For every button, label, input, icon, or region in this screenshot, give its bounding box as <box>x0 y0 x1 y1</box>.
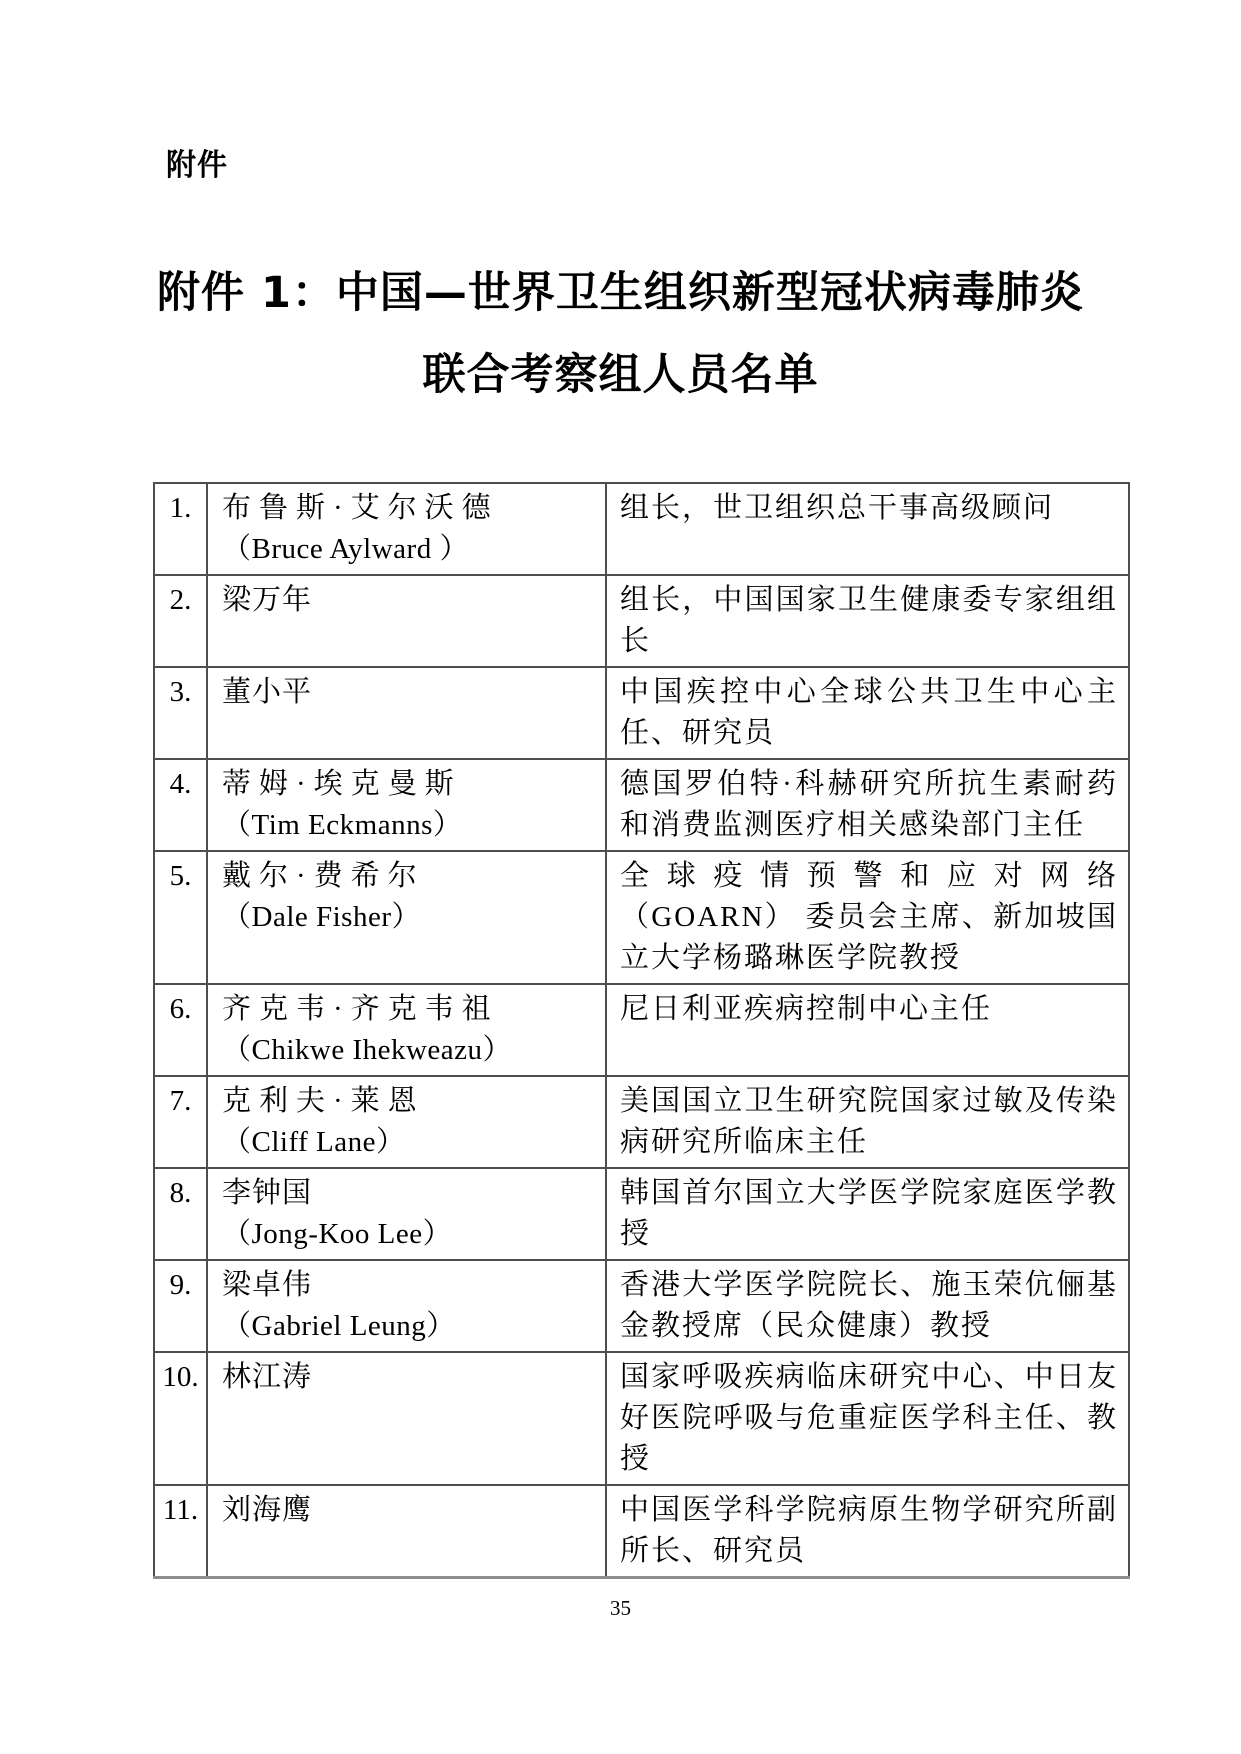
member-name-chinese: 齐克韦·齐克韦祖 <box>222 989 597 1030</box>
document-page: 附件 附件 1：中国—世界卫生组织新型冠状病毒肺炎 联合考察组人员名单 1. 布… <box>0 0 1241 1754</box>
attachment-label: 附件 <box>166 146 228 186</box>
member-name-chinese: 董小平 <box>222 672 597 713</box>
row-number: 1. <box>170 492 192 524</box>
member-role-text: 全球疫情预警和应对网络（GOARN） 委员会主席、新加坡国立大学杨璐琳医学院教授 <box>620 860 1118 974</box>
member-name-cell: 李钟国 （Jong-Koo Lee） <box>207 1168 606 1260</box>
member-name-chinese: 蒂姆·埃克曼斯 <box>222 764 597 805</box>
row-number: 5. <box>170 860 192 892</box>
member-role-text: 德国罗伯特·科赫研究所抗生素耐药和消费监测医疗相关感染部门主任 <box>620 768 1118 841</box>
row-number-cell: 6. <box>154 984 207 1076</box>
row-number-cell: 3. <box>154 667 207 759</box>
member-name-chinese: 梁万年 <box>222 580 597 621</box>
member-role-cell: 香港大学医学院院长、施玉荣伉俪基金教授席（民众健康）教授 <box>606 1260 1129 1352</box>
table-row: 10. 林江涛 国家呼吸疾病临床研究中心、中日友好医院呼吸与危重症医学科主任、教… <box>154 1352 1129 1485</box>
member-role-text: 组长，中国国家卫生健康委专家组组长 <box>620 584 1118 657</box>
member-name-chinese: 戴尔·费希尔 <box>222 856 597 897</box>
row-number: 3. <box>170 676 192 708</box>
row-number-cell: 9. <box>154 1260 207 1352</box>
row-number: 8. <box>170 1177 192 1209</box>
member-name-english: （Bruce Aylward ） <box>222 529 597 570</box>
table-row: 5. 戴尔·费希尔 （Dale Fisher） 全球疫情预警和应对网络（GOAR… <box>154 851 1129 984</box>
table-row: 4. 蒂姆·埃克曼斯 （Tim Eckmanns） 德国罗伯特·科赫研究所抗生素… <box>154 759 1129 851</box>
row-number-cell: 1. <box>154 483 207 575</box>
member-name-cell: 刘海鹰 <box>207 1485 606 1578</box>
row-number: 9. <box>170 1269 192 1301</box>
member-name-chinese: 布鲁斯·艾尔沃德 <box>222 488 597 529</box>
member-name-cell: 林江涛 <box>207 1352 606 1485</box>
member-role-text: 尼日利亚疾病控制中心主任 <box>620 993 992 1025</box>
member-name-cell: 蒂姆·埃克曼斯 （Tim Eckmanns） <box>207 759 606 851</box>
row-number-cell: 10. <box>154 1352 207 1485</box>
table-row: 7. 克利夫·莱恩 （Cliff Lane） 美国国立卫生研究院国家过敏及传染病… <box>154 1076 1129 1168</box>
document-title-line2: 联合考察组人员名单 <box>423 350 819 400</box>
member-role-cell: 中国医学科学院病原生物学研究所副所长、研究员 <box>606 1485 1129 1578</box>
member-role-cell: 韩国首尔国立大学医学院家庭医学教授 <box>606 1168 1129 1260</box>
row-number-cell: 11. <box>154 1485 207 1578</box>
member-role-text: 国家呼吸疾病临床研究中心、中日友好医院呼吸与危重症医学科主任、教授 <box>620 1361 1118 1475</box>
member-role-cell: 全球疫情预警和应对网络（GOARN） 委员会主席、新加坡国立大学杨璐琳医学院教授 <box>606 851 1129 984</box>
member-name-cell: 梁卓伟 （Gabriel Leung） <box>207 1260 606 1352</box>
table-row: 3. 董小平 中国疾控中心全球公共卫生中心主任、研究员 <box>154 667 1129 759</box>
table-row: 1. 布鲁斯·艾尔沃德 （Bruce Aylward ） 组长，世卫组织总干事高… <box>154 483 1129 575</box>
row-number-cell: 2. <box>154 575 207 667</box>
member-name-english: （Gabriel Leung） <box>222 1306 597 1347</box>
member-role-cell: 尼日利亚疾病控制中心主任 <box>606 984 1129 1076</box>
member-name-chinese: 李钟国 <box>222 1173 597 1214</box>
members-table-body: 1. 布鲁斯·艾尔沃德 （Bruce Aylward ） 组长，世卫组织总干事高… <box>154 483 1129 1578</box>
table-row: 2. 梁万年 组长，中国国家卫生健康委专家组组长 <box>154 575 1129 667</box>
member-role-cell: 组长，世卫组织总干事高级顾问 <box>606 483 1129 575</box>
row-number: 2. <box>170 584 192 616</box>
table-row: 11. 刘海鹰 中国医学科学院病原生物学研究所副所长、研究员 <box>154 1485 1129 1578</box>
row-number: 11. <box>163 1494 198 1526</box>
member-name-english: （Jong-Koo Lee） <box>222 1214 597 1255</box>
member-role-text: 中国疾控中心全球公共卫生中心主任、研究员 <box>620 676 1118 749</box>
member-name-chinese: 林江涛 <box>222 1357 597 1398</box>
row-number-cell: 5. <box>154 851 207 984</box>
member-name-english: （Chikwe Ihekweazu） <box>222 1030 597 1071</box>
member-role-text: 美国国立卫生研究院国家过敏及传染病研究所临床主任 <box>620 1085 1118 1158</box>
row-number: 6. <box>170 993 192 1025</box>
member-name-english: （Dale Fisher） <box>222 897 597 938</box>
table-row: 9. 梁卓伟 （Gabriel Leung） 香港大学医学院院长、施玉荣伉俪基金… <box>154 1260 1129 1352</box>
member-role-text: 中国医学科学院病原生物学研究所副所长、研究员 <box>620 1494 1118 1567</box>
document-title-line1: 附件 1：中国—世界卫生组织新型冠状病毒肺炎 <box>157 268 1084 318</box>
row-number: 4. <box>170 768 192 800</box>
member-name-cell: 布鲁斯·艾尔沃德 （Bruce Aylward ） <box>207 483 606 575</box>
document-title: 附件 1：中国—世界卫生组织新型冠状病毒肺炎 联合考察组人员名单 <box>60 252 1181 416</box>
row-number: 7. <box>170 1085 192 1117</box>
page-number: 35 <box>0 1596 1241 1621</box>
member-name-english: （Cliff Lane） <box>222 1122 597 1163</box>
row-number-cell: 8. <box>154 1168 207 1260</box>
member-name-cell: 梁万年 <box>207 575 606 667</box>
row-number-cell: 4. <box>154 759 207 851</box>
member-role-cell: 美国国立卫生研究院国家过敏及传染病研究所临床主任 <box>606 1076 1129 1168</box>
table-row: 8. 李钟国 （Jong-Koo Lee） 韩国首尔国立大学医学院家庭医学教授 <box>154 1168 1129 1260</box>
row-number-cell: 7. <box>154 1076 207 1168</box>
member-role-cell: 德国罗伯特·科赫研究所抗生素耐药和消费监测医疗相关感染部门主任 <box>606 759 1129 851</box>
table-row: 6. 齐克韦·齐克韦祖 （Chikwe Ihekweazu） 尼日利亚疾病控制中… <box>154 984 1129 1076</box>
member-role-text: 香港大学医学院院长、施玉荣伉俪基金教授席（民众健康）教授 <box>620 1269 1118 1342</box>
member-name-chinese: 梁卓伟 <box>222 1265 597 1306</box>
row-number: 10. <box>162 1361 198 1393</box>
member-role-text: 韩国首尔国立大学医学院家庭医学教授 <box>620 1177 1118 1250</box>
member-role-text: 组长，世卫组织总干事高级顾问 <box>620 492 1054 524</box>
member-role-cell: 组长，中国国家卫生健康委专家组组长 <box>606 575 1129 667</box>
member-name-cell: 戴尔·费希尔 （Dale Fisher） <box>207 851 606 984</box>
member-name-english: （Tim Eckmanns） <box>222 805 597 846</box>
member-name-cell: 董小平 <box>207 667 606 759</box>
member-name-cell: 克利夫·莱恩 （Cliff Lane） <box>207 1076 606 1168</box>
member-role-cell: 国家呼吸疾病临床研究中心、中日友好医院呼吸与危重症医学科主任、教授 <box>606 1352 1129 1485</box>
members-table: 1. 布鲁斯·艾尔沃德 （Bruce Aylward ） 组长，世卫组织总干事高… <box>153 482 1130 1579</box>
member-name-chinese: 克利夫·莱恩 <box>222 1081 597 1122</box>
member-name-chinese: 刘海鹰 <box>222 1490 597 1531</box>
member-name-cell: 齐克韦·齐克韦祖 （Chikwe Ihekweazu） <box>207 984 606 1076</box>
member-role-cell: 中国疾控中心全球公共卫生中心主任、研究员 <box>606 667 1129 759</box>
